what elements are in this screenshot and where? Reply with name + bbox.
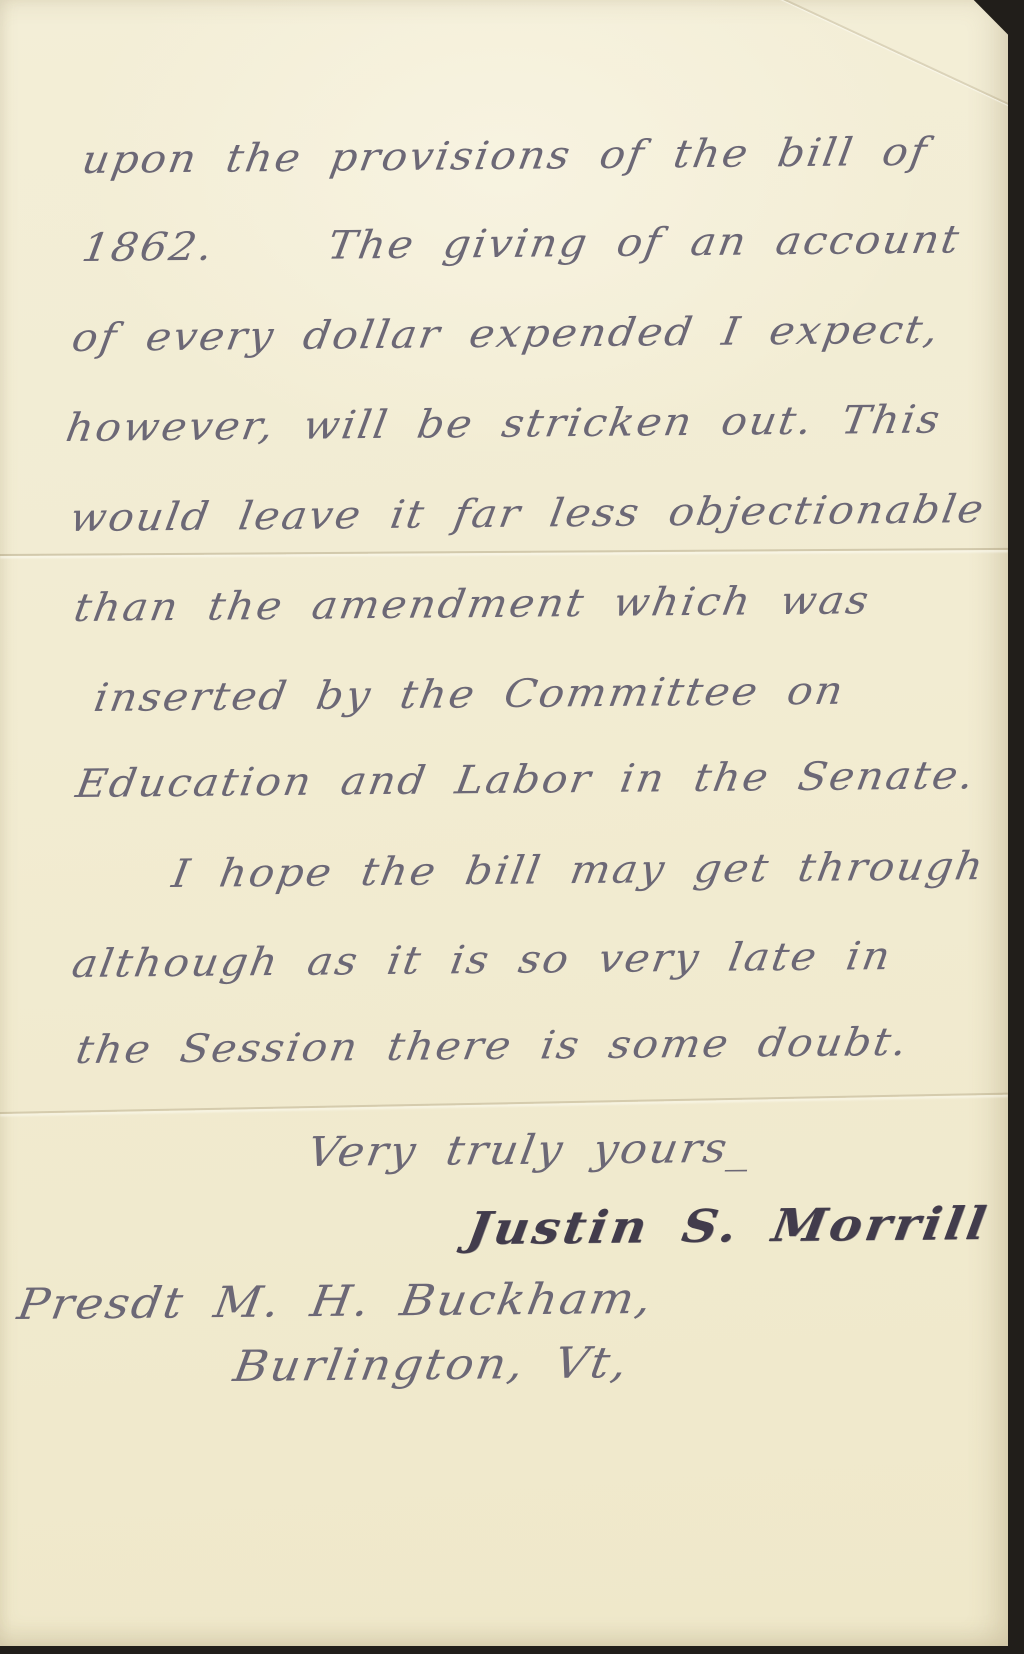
letter-line: 1862. The giving of an account (79, 218, 964, 271)
letter-closing: Very truly yours_ (304, 1124, 756, 1176)
recipient-name: Presdt M. H. Buckham, (14, 1274, 657, 1330)
letter-line: I hope the bill may get through (169, 844, 988, 897)
letter-line: Education and Labor in the Senate. (73, 753, 979, 807)
fold-crease-lower (0, 1093, 1008, 1114)
letter-paper: upon the provisions of the bill of 1862.… (0, 0, 1008, 1646)
corner-crease (749, 0, 1024, 124)
letter-line: upon the provisions of the bill of (79, 130, 932, 183)
letter-line: the Session there is some doubt. (73, 1020, 912, 1073)
letter-line: although as it is so very late in (69, 934, 895, 987)
letter-line: inserted by the Committee on (91, 669, 848, 721)
letter-line: however, will be stricken out. This (63, 398, 945, 451)
signature: Justin S. Morrill (464, 1197, 993, 1255)
scanned-letter-page: upon the provisions of the bill of 1862.… (0, 0, 1024, 1654)
recipient-city: Burlington, Vt, (230, 1338, 633, 1392)
letter-line: of every dollar expended I expect, (69, 308, 943, 361)
letter-line: would leave it far less objectionable (67, 487, 989, 541)
fold-crease-upper (0, 548, 1008, 556)
letter-line: than the amendment which was (71, 578, 874, 631)
